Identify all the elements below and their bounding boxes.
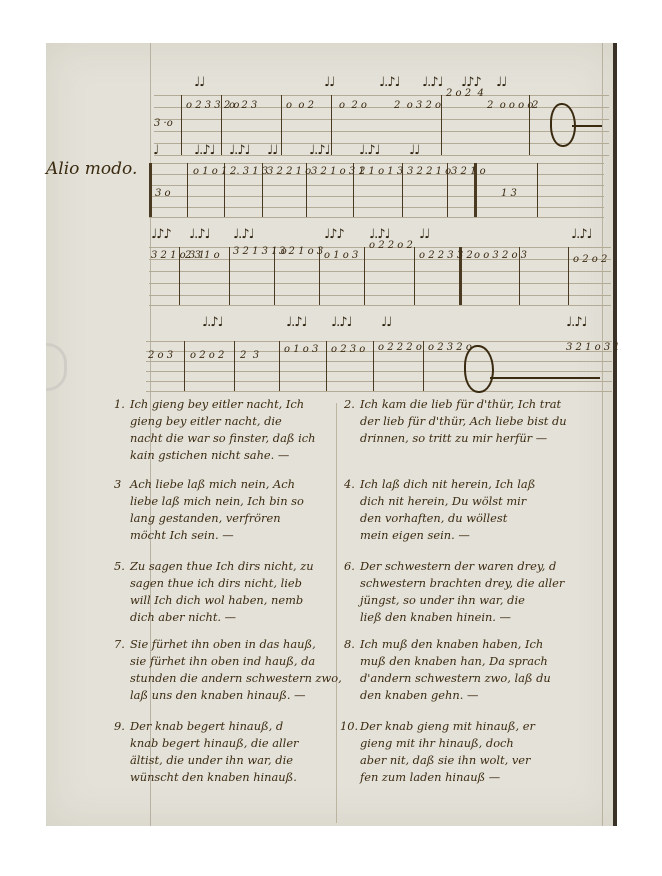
flourish-tail <box>572 125 602 127</box>
tab-chord: o 2 2 o 2 <box>369 241 413 250</box>
rhythm-sign: ♩♩ <box>496 75 506 90</box>
verse-number: 9. <box>114 718 125 735</box>
tab-chord: 2 <box>532 101 538 110</box>
rhythm-sign: ♩.♪♩ <box>202 315 223 330</box>
verse-line: möcht Ich sein. — <box>130 527 350 544</box>
tab-chord: o 2 o 2 <box>573 255 607 264</box>
verse-line: mein eigen sein. — <box>360 527 600 544</box>
flourish-tail <box>490 377 600 379</box>
verse-line: knab begert hinauß, die aller <box>130 735 350 752</box>
tab-chord: o 2 3 2 o <box>428 343 472 352</box>
rhythm-sign: ♩♩ <box>419 227 429 242</box>
verse-line: Der knab begert hinauß, d <box>130 718 350 735</box>
tab-chord: 3 2 2 1 o <box>407 167 451 176</box>
tab-chord: 2 3 <box>240 351 259 360</box>
verse-number: 10. <box>340 718 358 735</box>
rhythm-sign: ♩.♪♩ <box>379 75 400 90</box>
rhythm-sign: ♩.♪♩ <box>359 143 380 158</box>
verse-line: wünscht den knaben hinauß. <box>130 769 350 786</box>
verse-number: 5. <box>114 558 125 575</box>
verse-number: 4. <box>344 476 355 493</box>
verse-9: 9. Der knab begert hinauß, d knab begert… <box>130 718 350 786</box>
tab-chord: 2 o 3 <box>148 351 173 360</box>
rhythm-sign: ♩♪♪ <box>151 227 171 242</box>
manuscript-page: ♩♩ ♩♩ ♩.♪♩ ♩.♪♩ ♩♪♪ ♩♩ 3 ·o o 2 3 3 2 o … <box>46 43 617 826</box>
verse-line: laß uns den knaben hinauß. — <box>130 687 350 704</box>
verse-line: ältist, die under ihn war, die <box>130 752 350 769</box>
rhythm-sign: ♩♪♪ <box>324 227 344 242</box>
verse-line: muß den knaben han, Da sprach <box>360 653 600 670</box>
verse-line: Ich laß dich nit herein, Ich laß <box>360 476 600 493</box>
verse-6: 6. Der schwestern der waren drey, d schw… <box>360 558 600 626</box>
tab-chord: 3 2 1 o 3 <box>279 247 323 256</box>
right-margin-rule <box>602 43 603 826</box>
tab-chord: o 2 o 2 <box>190 351 224 360</box>
tab-chord: o 2 3 o <box>331 345 365 354</box>
verse-5: 5. Zu sagen thue Ich dirs nicht, zu sage… <box>130 558 350 626</box>
tab-chord: 2 o 2 4 <box>446 89 484 98</box>
binding-ring <box>46 343 67 391</box>
tab-chord: 3 2 1 o <box>451 167 486 176</box>
rhythm-sign: ♩.♪♩ <box>566 315 587 330</box>
rhythm-sign: ♩♩ <box>324 75 334 90</box>
tab-chord: o 1 o 3 <box>324 251 358 260</box>
tab-chord: 3 o <box>155 189 171 198</box>
tablature-staff-4: ♩.♪♩ ♩.♪♩ ♩.♪♩ ♩♩ ♩.♪♩ 2 o 3 o 2 o 2 2 3… <box>146 341 612 391</box>
rhythm-sign: ♩.♪♩ <box>331 315 352 330</box>
tab-chord: o 1 o 3 <box>284 345 318 354</box>
tab-chord: o 2 3 <box>229 101 257 110</box>
verse-line: Ich kam die lieb für d'thür, Ich trat <box>360 396 600 413</box>
verse-line: schwestern brachten drey, die aller <box>360 575 600 592</box>
tab-chord: 2 3 1 o <box>185 251 220 260</box>
verse-4: 4. Ich laß dich nit herein, Ich laß dich… <box>360 476 600 544</box>
tab-chord: o 2 2 2 o <box>378 343 422 352</box>
rhythm-sign: ♩.♪♩ <box>422 75 443 90</box>
verse-line: gieng bey eitler nacht, die <box>130 413 350 430</box>
tab-chord: 3 2 1 o 3 1 <box>566 343 620 352</box>
verse-line: aber nit, daß sie ihn wolt, ver <box>360 752 600 769</box>
tablature-staff-1: ♩♩ ♩♩ ♩.♪♩ ♩.♪♩ ♩♪♪ ♩♩ 3 ·o o 2 3 3 2 o … <box>154 95 609 157</box>
rhythm-sign: ♩.♪♩ <box>286 315 307 330</box>
verse-line: sagen thue ich dirs nicht, lieb <box>130 575 350 592</box>
verse-line: will Ich dich wol haben, nemb <box>130 592 350 609</box>
tab-chord: 3 2 2 1 o <box>267 167 311 176</box>
verse-line: nacht die war so finster, daß ich <box>130 430 350 447</box>
verse-line: Ach liebe laß mich nein, Ach <box>130 476 350 493</box>
tab-chord: 2 o 3 2 o <box>394 101 441 110</box>
tab-chord: 2. 3 1 3 <box>230 167 268 176</box>
verse-number: 6. <box>344 558 355 575</box>
rhythm-sign: ♩.♪♩ <box>233 227 254 242</box>
verse-2: 2. Ich kam die lieb für d'thür, Ich trat… <box>360 396 600 447</box>
rhythm-sign: ♩.♪♩ <box>309 143 330 158</box>
verse-line: d'andern schwestern zwo, laß du <box>360 670 600 687</box>
final-flourish <box>464 345 494 393</box>
verse-line: gieng mit ihr hinauß, doch <box>360 735 600 752</box>
verse-line: dich nit herein, Du wölst mir <box>360 493 600 510</box>
rhythm-sign: ♩♩ <box>409 143 419 158</box>
tab-chord: 3 ·o <box>154 119 173 128</box>
verse-line: Ich muß den knaben haben, Ich <box>360 636 600 653</box>
verse-line: kain gstichen nicht sahe. — <box>130 447 350 464</box>
verse-number: 8. <box>344 636 355 653</box>
rhythm-sign: ♩ <box>153 143 158 158</box>
verse-number: 3 <box>114 476 121 493</box>
verse-8: 8. Ich muß den knaben haben, Ich muß den… <box>360 636 600 704</box>
tab-chord: 1 3 <box>501 189 517 198</box>
verse-line: dich aber nicht. — <box>130 609 350 626</box>
rhythm-sign: ♩.♪♩ <box>189 227 210 242</box>
tab-chord: o 2 o <box>339 101 367 110</box>
verse-3: 3 Ach liebe laß mich nein, Ach liebe laß… <box>130 476 350 544</box>
verse-line: lang gestanden, verfrören <box>130 510 350 527</box>
tab-chord: o o 3 2 o 3 <box>474 251 527 260</box>
rhythm-sign: ♩.♪♩ <box>229 143 250 158</box>
rhythm-sign: ♩.♪♩ <box>194 143 215 158</box>
verse-line: den vorhaften, du wöllest <box>360 510 600 527</box>
verse-number: 2. <box>344 396 355 413</box>
tab-chord: 3 2 1 o 3 1 <box>311 167 365 176</box>
verse-line: ließ den knaben hinein. — <box>360 609 600 626</box>
rhythm-sign: ♩♩ <box>267 143 277 158</box>
verse-line: stunden die andern schwestern zwo, <box>130 670 350 687</box>
rhythm-sign: ♩♩ <box>381 315 391 330</box>
tab-chord: o o 2 <box>286 101 314 110</box>
verse-line: liebe laß mich nein, Ich bin so <box>130 493 350 510</box>
verse-number: 1. <box>114 396 125 413</box>
verse-line: Der schwestern der waren drey, d <box>360 558 600 575</box>
tab-chord: 2 1 o 1 3 <box>359 167 403 176</box>
verse-line: sie fürhet ihn oben ind hauß, da <box>130 653 350 670</box>
verse-line: Sie fürhet ihn oben in das hauß, <box>130 636 350 653</box>
rhythm-sign: ♩.♪♩ <box>571 227 592 242</box>
verse-line: Zu sagen thue Ich dirs nicht, zu <box>130 558 350 575</box>
section-label: Alio modo. <box>46 159 137 179</box>
verse-10: 10. Der knab gieng mit hinauß, er gieng … <box>360 718 600 786</box>
verse-1: 1. Ich gieng bey eitler nacht, Ich gieng… <box>130 396 350 464</box>
verse-number: 7. <box>114 636 125 653</box>
verse-line: Ich gieng bey eitler nacht, Ich <box>130 396 350 413</box>
verse-line: jüngst, so under ihn war, die <box>360 592 600 609</box>
verse-line: drinnen, so tritt zu mir herfür — <box>360 430 600 447</box>
page-edge <box>613 43 617 826</box>
verse-line: Der knab gieng mit hinauß, er <box>360 718 600 735</box>
tab-chord: o 2 2 3 3 2 <box>419 251 473 260</box>
verse-7: 7. Sie fürhet ihn oben in das hauß, sie … <box>130 636 350 704</box>
tablature-staff-2: ♩ ♩.♪♩ ♩.♪♩ ♩♩ ♩.♪♩ ♩.♪♩ ♩♩ 3 o o 1 o 1 … <box>149 163 604 217</box>
verse-line: den knaben gehn. — <box>360 687 600 704</box>
tab-chord: o 1 o 1 <box>193 167 227 176</box>
verse-line: der lieb für d'thür, Ach liebe bist du <box>360 413 600 430</box>
verse-line: fen zum laden hinauß — <box>360 769 600 786</box>
rhythm-sign: ♩♩ <box>194 75 204 90</box>
tab-chord: 2 o o o o <box>487 101 533 110</box>
tablature-staff-3: ♩♪♪ ♩.♪♩ ♩.♪♩ ♩♪♪ ♩.♪♩ ♩♩ ♩.♪♩ 3 2 1 o 3… <box>149 247 611 305</box>
